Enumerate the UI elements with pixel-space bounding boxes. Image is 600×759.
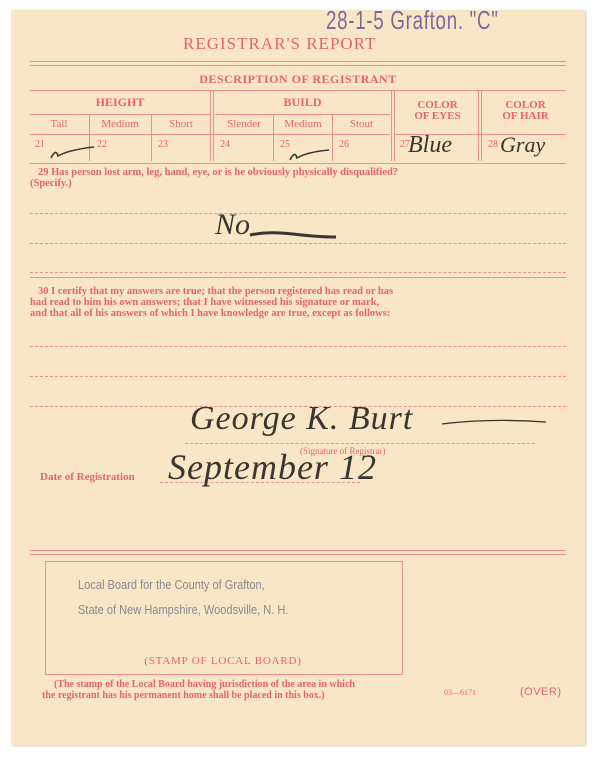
stamp-instructions: (The stamp of the Local Board having jur… (42, 679, 355, 701)
exception-line (30, 376, 566, 377)
bottom-rule (30, 550, 566, 551)
answer-line (30, 243, 566, 244)
question-30-line1: 30 I certify that my answers are true; t… (30, 286, 570, 297)
label-tall: Tall (30, 118, 88, 130)
question-30: 30 I certify that my answers are true; t… (30, 286, 570, 319)
label-height-medium: Medium (90, 118, 150, 130)
field-number-28: 28 (488, 139, 498, 150)
divider (481, 91, 482, 161)
top-rubber-stamp: 28-1-5 Grafton. "C" (326, 5, 499, 36)
divider (213, 91, 214, 161)
hair-header-line2: OF HAIR (483, 111, 568, 122)
field-number-26: 26 (339, 139, 349, 150)
question-29-answer: No (215, 208, 250, 242)
stamp-line-1: Local Board for the County of Grafton, (78, 577, 265, 592)
eyes-header: COLOR OF EYES (395, 100, 480, 122)
date-label: Date of Registration (40, 472, 135, 483)
over-indicator: (OVER) (520, 686, 562, 698)
divider (394, 91, 395, 161)
height-subrule (30, 114, 210, 115)
bottom-rule-2 (30, 554, 566, 555)
registrar-signature: George K. Burt (190, 400, 413, 438)
stamp-instructions-line1: (The stamp of the Local Board having jur… (42, 679, 355, 690)
stamp-line-2: State of New Hampshire, Woodsville, N. H… (78, 602, 288, 617)
stamp-caption: (STAMP OF LOCAL BOARD) (45, 655, 401, 667)
section-title: DESCRIPTION OF REGISTRANT (30, 72, 566, 87)
tall-checkmark-icon (48, 140, 98, 162)
top-rule-2 (30, 65, 566, 66)
build-header: BUILD (215, 95, 390, 110)
divider (151, 115, 152, 161)
q30-rule (30, 277, 566, 278)
section-rule (30, 90, 566, 91)
exception-line (30, 346, 566, 347)
label-build-medium: Medium (274, 118, 332, 130)
build-subrule (215, 114, 390, 115)
question-30-line2: had read to him his own answers; that I … (30, 297, 570, 308)
field-number-23: 23 (158, 139, 168, 150)
signature-flourish-icon (440, 416, 550, 430)
label-slender: Slender (215, 118, 273, 130)
document-title: REGISTRAR'S REPORT (183, 34, 376, 54)
question-30-line3: and that all of his answers of which I h… (30, 308, 570, 319)
question-29: 29 Has person lost arm, leg, hand, eye, … (38, 167, 568, 178)
height-header: HEIGHT (30, 95, 210, 110)
field-number-21: 21 (35, 139, 45, 150)
form-number: 03—6171 (444, 688, 476, 697)
divider (391, 91, 392, 161)
eye-color-value: Blue (408, 132, 452, 159)
question-29-specify: (Specify.) (30, 178, 72, 189)
divider (210, 91, 211, 161)
divider (273, 115, 274, 161)
eyes-header-line2: OF EYES (395, 111, 480, 122)
answer-scribble-icon (248, 228, 338, 242)
divider (478, 91, 479, 161)
label-short: Short (152, 118, 210, 130)
row-bottom-rule (30, 163, 566, 164)
label-stout: Stout (333, 118, 390, 130)
hair-header: COLOR OF HAIR (483, 100, 568, 122)
field-number-22: 22 (97, 139, 107, 150)
date-value: September 12 (168, 446, 377, 488)
hair-color-value: Gray (500, 132, 545, 158)
field-number-24: 24 (220, 139, 230, 150)
answer-line (30, 272, 566, 273)
build-medium-checkmark-icon (285, 140, 335, 164)
signature-line (185, 443, 535, 444)
stamp-instructions-line2: the registrant has his permanent home sh… (42, 690, 355, 701)
top-rule (30, 61, 566, 62)
answer-line (30, 213, 566, 214)
